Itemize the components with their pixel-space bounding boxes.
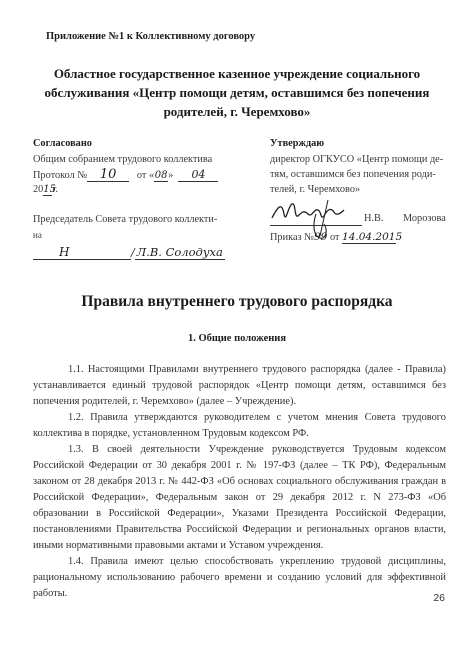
paragraph-1-1: 1.1. Настоящими Правилами внутреннего тр… [33, 362, 446, 410]
protocol-number: 10 [87, 168, 129, 182]
organization-title-line-1: Областное государственное казенное учреж… [0, 66, 474, 82]
year-prefix: 20 [33, 184, 43, 195]
organization-title-line-2: обслуживания «Центр помощи детям, оставш… [0, 85, 474, 101]
approve-line-1: директор ОГКУСО «Центр помощи де- [270, 154, 443, 165]
agreed-heading: Согласовано [33, 138, 92, 149]
paragraph-1-4: 1.4. Правила имеют целью способствовать … [33, 554, 446, 602]
annex-header: Приложение №1 к Коллективному договору [46, 31, 255, 42]
protocol-line: Протокол №10 от «08» 04 [33, 168, 218, 182]
director-initials: Н.В. [364, 213, 383, 224]
paragraph-1-3: 1.3. В своей деятельности Учреждение рук… [33, 442, 446, 554]
protocol-year: 2015г. [33, 184, 58, 196]
rules-title: Правила внутреннего трудового распорядка [0, 293, 474, 311]
agreed-line-assembly: Общим собранием трудового коллектива [33, 154, 212, 165]
protocol-day: 08 [154, 170, 168, 182]
paragraph-1-2: 1.2. Правила утверждаются руководителем … [33, 410, 446, 442]
section-title: 1. Общие положения [0, 333, 474, 344]
protocol-from-label: от « [137, 170, 154, 181]
chair-name-handwritten: Л.В. Солодуха [135, 245, 225, 260]
order-date: 14.04.2015 [342, 231, 396, 244]
organization-title-line-3: родителей, г. Черемхово» [0, 104, 474, 120]
protocol-label: Протокол № [33, 170, 87, 181]
order-label: Приказ № [270, 232, 314, 243]
protocol-day-close: » [168, 170, 173, 181]
order-line: Приказ №99 от 14.04.2015 [270, 231, 396, 244]
page-number: 26 [433, 592, 445, 604]
chair-signature: Н [33, 245, 131, 260]
order-number: 99 [314, 231, 327, 243]
year-end: г. [52, 184, 58, 195]
approve-heading: Утверждаю [270, 138, 324, 149]
order-from: от [330, 232, 340, 243]
approve-line-3: телей, г. Черемхово» [270, 184, 360, 195]
approve-line-2: тям, оставшимся без попечения роди- [270, 169, 436, 180]
chair-signature-line: Н/Л.В. Солодуха [33, 245, 225, 260]
year-suffix: 15 [43, 184, 52, 196]
signature-mark: Н [33, 245, 69, 259]
director-surname: Морозова [403, 213, 446, 224]
director-signature-line [270, 225, 362, 226]
chair-line-1: Председатель Совета трудового коллекти- [33, 214, 217, 225]
protocol-month: 04 [178, 168, 218, 182]
document-body: 1.1. Настоящими Правилами внутреннего тр… [33, 362, 446, 602]
chair-line-2: на [33, 230, 42, 240]
